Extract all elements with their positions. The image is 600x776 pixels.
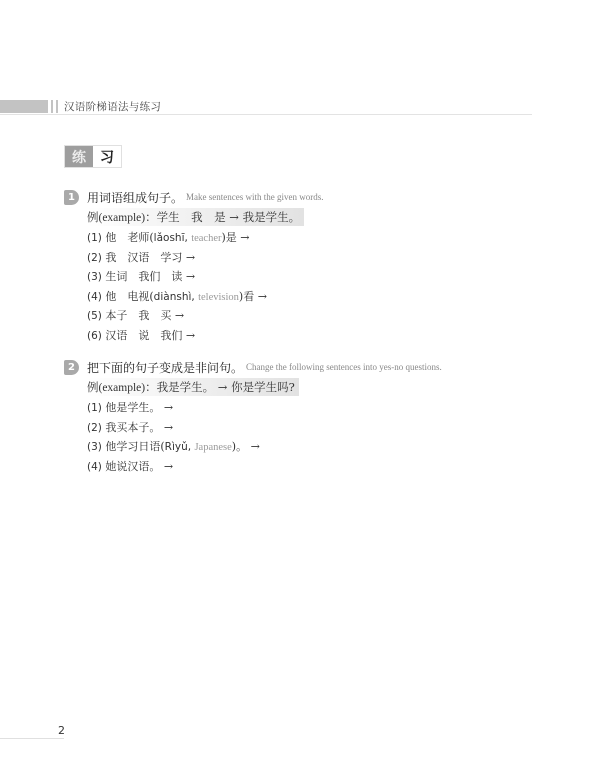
list-item: (5) 本子 我 买 → — [87, 306, 323, 326]
item-text: 他是学生。 → — [105, 401, 173, 414]
page-number: 2 — [58, 724, 65, 737]
item-text-end: )看 → — [239, 290, 267, 303]
list-item: (4) 她说汉语。 → — [87, 457, 442, 477]
pinyin: diànshì — [154, 291, 192, 303]
header-bar — [0, 100, 48, 113]
example-line: 例(example)：学生 我 是 → 我是学生。 — [87, 208, 304, 226]
list-item: (3) 生词 我们 读 → — [87, 267, 323, 287]
exercise-number-badge: 2 — [64, 360, 79, 375]
item-text: 汉语 说 我们 → — [105, 329, 195, 342]
exercise-header: 2 把下面的句子变成是非问句。 Change the following sen… — [64, 358, 442, 376]
item-list: (1) 他 老师(lǎoshī, teacher)是 → (2) 我 汉语 学习… — [87, 228, 323, 346]
item-text: 他学习日语( — [105, 440, 164, 453]
item-text-end: )。 → — [232, 440, 260, 453]
item-text: 他 电视( — [105, 290, 153, 303]
item-number: (1) — [87, 232, 102, 244]
list-item: (4) 他 电视(diànshì, television)看 → — [87, 287, 323, 307]
item-text: 我买本子。 → — [105, 421, 173, 434]
exercise-2: 2 把下面的句子变成是非问句。 Change the following sen… — [64, 358, 442, 476]
example-label: 例(example)： — [87, 382, 157, 394]
instruction-zh: 把下面的句子变成是非问句。 — [87, 359, 243, 376]
item-number: (2) — [87, 252, 102, 264]
item-number: (5) — [87, 310, 102, 322]
example-line: 例(example)：我是学生。 → 你是学生吗? — [87, 378, 299, 396]
list-item: (1) 他是学生。 → — [87, 398, 442, 418]
gloss: teacher — [191, 233, 221, 244]
section-title-part1: 练 — [65, 146, 93, 167]
item-text: 她说汉语。 → — [105, 460, 173, 473]
item-text: 我 汉语 学习 → — [105, 251, 195, 264]
header-rule — [0, 114, 532, 115]
pinyin: Rìyǔ — [165, 441, 188, 453]
header-stripe — [51, 100, 53, 113]
section-title-part2: 习 — [93, 146, 121, 167]
item-number: (3) — [87, 271, 102, 283]
instruction-en: Change the following sentences into yes-… — [246, 362, 442, 372]
item-number: (4) — [87, 461, 102, 473]
list-item: (2) 我买本子。 → — [87, 418, 442, 438]
footer-rule — [0, 738, 64, 739]
item-number: (6) — [87, 330, 102, 342]
pinyin: lǎoshī — [154, 232, 185, 244]
section-title: 练 习 — [64, 145, 122, 168]
example-text: 我是学生。 → 你是学生吗? — [157, 380, 295, 394]
item-number: (2) — [87, 422, 102, 434]
item-text-end: )是 → — [222, 231, 250, 244]
list-item: (2) 我 汉语 学习 → — [87, 248, 323, 268]
item-list: (1) 他是学生。 → (2) 我买本子。 → (3) 他学习日语(Rìyǔ, … — [87, 398, 442, 476]
item-number: (1) — [87, 402, 102, 414]
header-stripe — [56, 100, 58, 113]
item-text: 本子 我 买 → — [105, 309, 184, 322]
gloss: Japanese — [194, 442, 231, 453]
list-item: (6) 汉语 说 我们 → — [87, 326, 323, 346]
exercise-header: 1 用词语组成句子。 Make sentences with the given… — [64, 188, 323, 206]
item-text: 他 老师( — [105, 231, 153, 244]
gloss: television — [198, 292, 239, 303]
example-text: 学生 我 是 → 我是学生。 — [157, 210, 300, 224]
exercise-1: 1 用词语组成句子。 Make sentences with the given… — [64, 188, 323, 346]
list-item: (3) 他学习日语(Rìyǔ, Japanese)。 → — [87, 437, 442, 457]
list-item: (1) 他 老师(lǎoshī, teacher)是 → — [87, 228, 323, 248]
example-label: 例(example)： — [87, 212, 157, 224]
item-text: 生词 我们 读 → — [105, 270, 195, 283]
book-title: 汉语阶梯语法与练习 — [64, 99, 161, 114]
item-number: (4) — [87, 291, 102, 303]
exercise-number-badge: 1 — [64, 190, 79, 205]
instruction-en: Make sentences with the given words. — [186, 192, 323, 202]
item-number: (3) — [87, 441, 102, 453]
instruction-zh: 用词语组成句子。 — [87, 189, 183, 206]
